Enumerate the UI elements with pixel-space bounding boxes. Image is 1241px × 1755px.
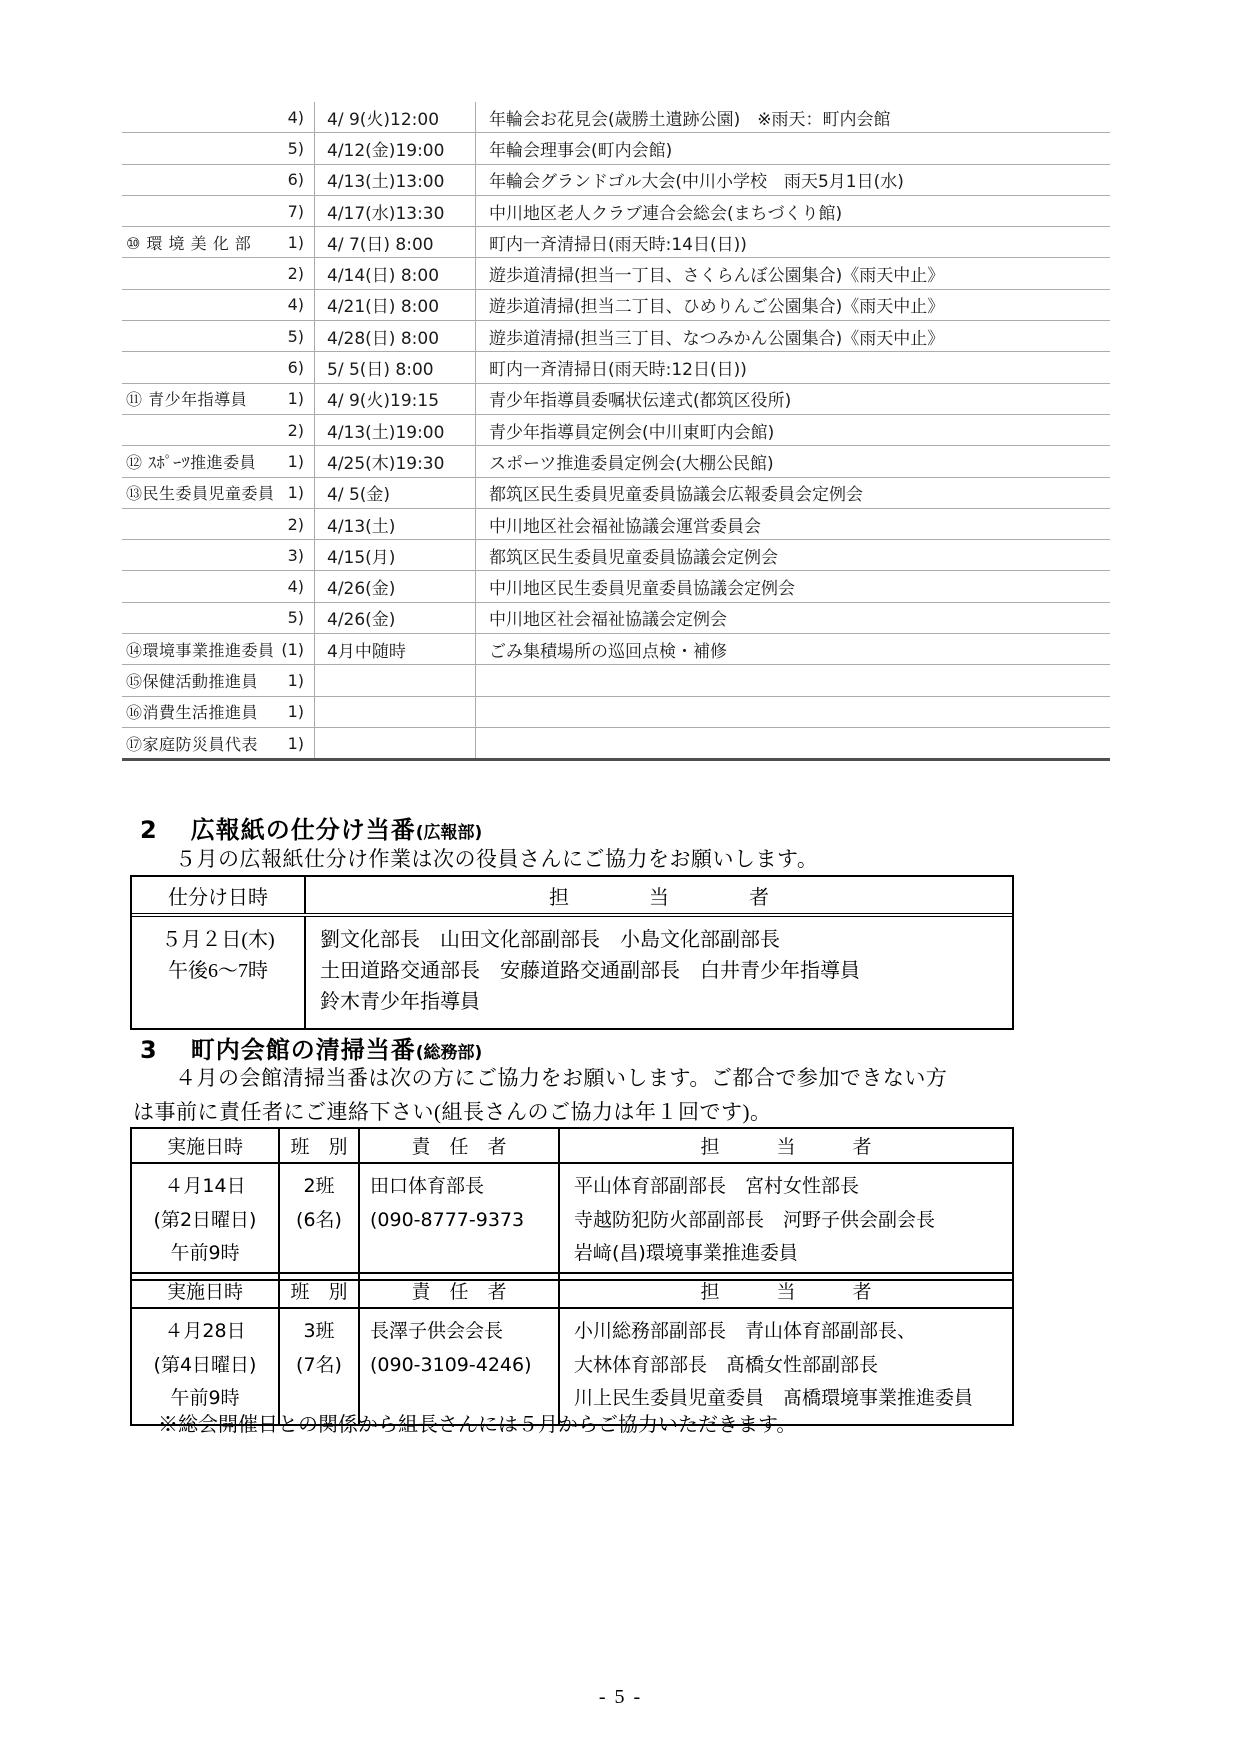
schedule-event-cell: 遊歩道清掃(担当一丁目、さくらんぼ公園集合)《雨天中止》 <box>476 258 1110 288</box>
schedule-row: 6)5/ 5(日) 8:00町内一斉清掃日(雨天時:12日(日)) <box>122 351 1110 382</box>
section3-title: 町内会館の清掃当番 <box>191 1036 416 1064</box>
schedule-committee-cell: ⑩ 環 境 美 化 部1) <box>122 227 314 257</box>
schedule-table: 4)4/ 9(火)12:00年輪会お花見会(歳勝土遺跡公園) ※雨天：町内会館5… <box>122 102 1110 761</box>
section2-intro: ５月の広報紙仕分け作業は次の役員さんにご協力をお願いします。 <box>175 843 818 873</box>
schedule-row: ⑯消費生活推進員1) <box>122 696 1110 727</box>
item-number: 1) <box>288 483 304 502</box>
schedule-date-cell: 4/ 9(火)12:00 <box>314 102 476 132</box>
section3-heading: 3町内会館の清掃当番(総務部) <box>140 1030 482 1065</box>
schedule-event-cell: 年輪会理事会(町内会館) <box>476 133 1110 163</box>
schedule-date-cell: 4/26(金) <box>314 603 476 633</box>
schedule-row: 5)4/26(金)中川地区社会福祉協議会定例会 <box>122 602 1110 633</box>
schedule-date-cell: 4/13(土)13:00 <box>314 165 476 195</box>
cleaning-staff-header: 担 当 者 <box>560 1274 1012 1307</box>
section2-title: 広報紙の仕分け当番 <box>191 816 416 844</box>
item-number: 2) <box>288 421 304 440</box>
schedule-committee-cell: 4) <box>122 290 314 320</box>
cleaning-group-cell: 2班 (6名) <box>280 1164 360 1279</box>
section3-intro-line2: は事前に責任者にご連絡下さい(組長さんのご協力は年１回です)。 <box>133 1096 771 1126</box>
committee-label: ⑯消費生活推進員 <box>126 700 258 723</box>
schedule-event-cell: 都筑区民生委員児童委員協議会定例会 <box>476 540 1110 570</box>
schedule-committee-cell: ⑫ ｽﾎﾟｰﾂ推進委員1) <box>122 446 314 476</box>
cleaning-date-cell: ４月28日 (第4日曜日) 午前9時 <box>132 1309 280 1424</box>
schedule-date-cell: 4/13(土) <box>314 509 476 539</box>
item-number: 2) <box>288 515 304 534</box>
schedule-event-cell: 青少年指導員委嘱状伝達式(都筑区役所) <box>476 384 1110 414</box>
schedule-date-cell: 4/17(水)13:30 <box>314 196 476 226</box>
schedule-committee-cell: 2) <box>122 258 314 288</box>
item-number: 1) <box>288 233 304 252</box>
schedule-event-cell: 青少年指導員定例会(中川東町内会館) <box>476 415 1110 445</box>
schedule-event-cell: 中川地区老人クラブ連合会総会(まちづくり館) <box>476 196 1110 226</box>
item-number: (1) <box>281 640 304 659</box>
item-number: 1) <box>288 734 304 753</box>
schedule-event-cell: 都筑区民生委員児童委員協議会広報委員会定例会 <box>476 478 1110 508</box>
schedule-date-cell: 5/ 5(日) 8:00 <box>314 352 476 382</box>
sorting-datetime-header: 仕分け日時 <box>132 877 306 913</box>
schedule-event-cell: 町内一斉清掃日(雨天時:14日(日)) <box>476 227 1110 257</box>
schedule-committee-cell: 6) <box>122 352 314 382</box>
schedule-committee-cell: ⑭環境事業推進委員(1) <box>122 634 314 664</box>
schedule-row: 5)4/12(金)19:00年輪会理事会(町内会館) <box>122 132 1110 163</box>
schedule-row: 5)4/28(日) 8:00遊歩道清掃(担当三丁目、なつみかん公園集合)《雨天中… <box>122 320 1110 351</box>
cleaning-leader-header: 責 任 者 <box>360 1129 560 1162</box>
committee-label: ⑩ 環 境 美 化 部 <box>126 231 251 254</box>
schedule-date-cell: 4/25(木)19:30 <box>314 446 476 476</box>
schedule-event-cell: スポーツ推進委員定例会(大棚公民館) <box>476 446 1110 476</box>
item-number: 1) <box>288 671 304 690</box>
schedule-date-cell: 4/26(金) <box>314 571 476 601</box>
schedule-committee-cell: 4) <box>122 571 314 601</box>
schedule-date-cell: 4/21(日) 8:00 <box>314 290 476 320</box>
cleaning-date-cell: ４月14日 (第2日曜日) 午前9時 <box>132 1164 280 1279</box>
cleaning-leader-header: 責 任 者 <box>360 1274 560 1307</box>
schedule-date-cell <box>314 728 476 758</box>
cleaning-staff-cell: 平山体育部副部長 宮村女性部長 寺越防犯防火部副部長 河野子供会副会長 岩﨑(昌… <box>560 1164 1012 1279</box>
schedule-row: 2)4/14(日) 8:00遊歩道清掃(担当一丁目、さくらんぼ公園集合)《雨天中… <box>122 257 1110 288</box>
schedule-committee-cell: 7) <box>122 196 314 226</box>
sorting-duty-header-row: 仕分け日時 担 当 者 <box>132 877 1012 917</box>
schedule-date-cell: 4/15(月) <box>314 540 476 570</box>
schedule-committee-cell: 5) <box>122 133 314 163</box>
schedule-committee-cell: 5) <box>122 603 314 633</box>
schedule-date-cell: 4/ 9(火)19:15 <box>314 384 476 414</box>
schedule-date-cell: 4/14(日) 8:00 <box>314 258 476 288</box>
schedule-committee-cell: ⑰家庭防災員代表1) <box>122 728 314 758</box>
schedule-date-cell: 4/28(日) 8:00 <box>314 321 476 351</box>
item-number: 1) <box>288 389 304 408</box>
cleaning-staff-header: 担 当 者 <box>560 1129 1012 1162</box>
schedule-row: 2)4/13(土)中川地区社会福祉協議会運営委員会 <box>122 508 1110 539</box>
cleaning-table2-data-row: ４月28日 (第4日曜日) 午前9時 3班 (7名) 長澤子供会会長 (090-… <box>132 1309 1012 1424</box>
schedule-date-cell: 4/12(金)19:00 <box>314 133 476 163</box>
sorting-duty-data-row: ５月２日(木) 午後6～7時 劉文化部長 山田文化部副部長 小島文化部副部長 土… <box>132 917 1012 1028</box>
schedule-row: ⑩ 環 境 美 化 部1)4/ 7(日) 8:00町内一斉清掃日(雨天時:14日… <box>122 226 1110 257</box>
schedule-committee-cell: 5) <box>122 321 314 351</box>
item-number: 6) <box>288 358 304 377</box>
schedule-date-cell <box>314 697 476 727</box>
schedule-row: ⑪ 青少年指導員1)4/ 9(火)19:15青少年指導員委嘱状伝達式(都筑区役所… <box>122 383 1110 414</box>
schedule-event-cell: 年輪会お花見会(歳勝土遺跡公園) ※雨天：町内会館 <box>476 102 1110 132</box>
schedule-row: ⑭環境事業推進委員(1)4月中随時ごみ集積場所の巡回点検・補修 <box>122 633 1110 664</box>
item-number: 4) <box>288 295 304 314</box>
committee-label: ⑫ ｽﾎﾟｰﾂ推進委員 <box>126 450 256 473</box>
cleaning-table1-data-row: ４月14日 (第2日曜日) 午前9時 2班 (6名) 田口体育部長 (090-8… <box>132 1164 1012 1279</box>
schedule-event-cell: 中川地区社会福祉協議会定例会 <box>476 603 1110 633</box>
item-number: 4) <box>288 577 304 596</box>
item-number: 6) <box>288 170 304 189</box>
sorting-staff-cell: 劉文化部長 山田文化部副部長 小島文化部副部長 土田道路交通部長 安藤道路交通副… <box>306 917 1012 1028</box>
schedule-committee-cell: ⑮保健活動推進員1) <box>122 665 314 695</box>
schedule-event-cell: ごみ集積場所の巡回点検・補修 <box>476 634 1110 664</box>
schedule-date-cell <box>314 665 476 695</box>
section3-number: 3 <box>140 1036 157 1064</box>
item-number: 5) <box>288 139 304 158</box>
schedule-event-cell: 遊歩道清掃(担当三丁目、なつみかん公園集合)《雨天中止》 <box>476 321 1110 351</box>
cleaning-table1-header-row: 実施日時 班 別 責 任 者 担 当 者 <box>132 1129 1012 1164</box>
cleaning-group-cell: 3班 (7名) <box>280 1309 360 1424</box>
item-number: 7) <box>288 202 304 221</box>
schedule-committee-cell: 2) <box>122 509 314 539</box>
item-number: 2) <box>288 264 304 283</box>
schedule-row: 7)4/17(水)13:30中川地区老人クラブ連合会総会(まちづくり館) <box>122 195 1110 226</box>
schedule-event-cell <box>476 697 1110 727</box>
schedule-row: 4)4/26(金)中川地区民生委員児童委員協議会定例会 <box>122 570 1110 601</box>
schedule-committee-cell: ⑯消費生活推進員1) <box>122 697 314 727</box>
schedule-committee-cell: 4) <box>122 102 314 132</box>
schedule-event-cell: 中川地区民生委員児童委員協議会定例会 <box>476 571 1110 601</box>
schedule-committee-cell: 2) <box>122 415 314 445</box>
cleaning-table2-header-row: 実施日時 班 別 責 任 者 担 当 者 <box>132 1274 1012 1309</box>
schedule-row: 2)4/13(土)19:00青少年指導員定例会(中川東町内会館) <box>122 414 1110 445</box>
item-number: 4) <box>288 108 304 127</box>
schedule-row: 4)4/21(日) 8:00遊歩道清掃(担当二丁目、ひめりんご公園集合)《雨天中… <box>122 289 1110 320</box>
section2-title-suffix: (広報部) <box>416 823 483 843</box>
sorting-datetime-cell: ５月２日(木) 午後6～7時 <box>132 917 306 1028</box>
schedule-date-cell: 4月中随時 <box>314 634 476 664</box>
schedule-row: ⑮保健活動推進員1) <box>122 664 1110 695</box>
schedule-date-cell: 4/13(土)19:00 <box>314 415 476 445</box>
schedule-date-cell: 4/ 5(金) <box>314 478 476 508</box>
schedule-event-cell: 町内一斉清掃日(雨天時:12日(日)) <box>476 352 1110 382</box>
section3-intro-line1: ４月の会館清掃当番は次の方にご協力をお願いします。ご都合で参加できない方 <box>175 1062 947 1092</box>
page-number: - 5 - <box>0 1686 1241 1709</box>
committee-label: ⑭環境事業推進委員 <box>126 638 275 661</box>
schedule-event-cell: 年輪会グランドゴル大会(中川小学校 雨天5月1日(水) <box>476 165 1110 195</box>
cleaning-leader-cell: 長澤子供会会長 (090-3109-4246) <box>360 1309 560 1424</box>
item-number: 5) <box>288 608 304 627</box>
cleaning-staff-cell: 小川総務部副部長 青山体育部副部長、 大林体育部部長 髙橋女性部副部長 川上民生… <box>560 1309 1012 1424</box>
schedule-committee-cell: 3) <box>122 540 314 570</box>
cleaning-date-header: 実施日時 <box>132 1129 280 1162</box>
schedule-event-cell <box>476 728 1110 758</box>
section3-title-suffix: (総務部) <box>416 1043 483 1063</box>
cleaning-duty-table-1: 実施日時 班 別 責 任 者 担 当 者 ４月14日 (第2日曜日) 午前9時 … <box>130 1127 1014 1281</box>
sorting-staff-header: 担 当 者 <box>306 877 1012 913</box>
committee-label: ⑬民生委員児童委員 <box>126 481 275 504</box>
schedule-event-cell: 遊歩道清掃(担当二丁目、ひめりんご公園集合)《雨天中止》 <box>476 290 1110 320</box>
cleaning-duty-table-2: 実施日時 班 別 責 任 者 担 当 者 ４月28日 (第4日曜日) 午前9時 … <box>130 1272 1014 1426</box>
schedule-committee-cell: ⑬民生委員児童委員1) <box>122 478 314 508</box>
schedule-committee-cell: 6) <box>122 165 314 195</box>
item-number: 1) <box>288 452 304 471</box>
section2-heading: 2広報紙の仕分け当番(広報部) <box>140 810 482 845</box>
cleaning-group-header: 班 別 <box>280 1274 360 1307</box>
schedule-row: 4)4/ 9(火)12:00年輪会お花見会(歳勝土遺跡公園) ※雨天：町内会館 <box>122 102 1110 132</box>
schedule-row: 3)4/15(月)都筑区民生委員児童委員協議会定例会 <box>122 539 1110 570</box>
cleaning-group-header: 班 別 <box>280 1129 360 1162</box>
schedule-row: ⑫ ｽﾎﾟｰﾂ推進委員1)4/25(木)19:30スポーツ推進委員定例会(大棚公… <box>122 445 1110 476</box>
cleaning-leader-cell: 田口体育部長 (090-8777-9373 <box>360 1164 560 1279</box>
section2-number: 2 <box>140 816 157 844</box>
schedule-row: ⑬民生委員児童委員1)4/ 5(金)都筑区民生委員児童委員協議会広報委員会定例会 <box>122 477 1110 508</box>
schedule-committee-cell: ⑪ 青少年指導員1) <box>122 384 314 414</box>
item-number: 3) <box>288 546 304 565</box>
committee-label: ⑮保健活動推進員 <box>126 669 258 692</box>
schedule-date-cell: 4/ 7(日) 8:00 <box>314 227 476 257</box>
schedule-event-cell: 中川地区社会福祉協議会運営委員会 <box>476 509 1110 539</box>
committee-label: ⑪ 青少年指導員 <box>126 387 247 410</box>
item-number: 1) <box>288 702 304 721</box>
section3-note: ※総会開催日との関係から組長さんには５月からご協力いただきます。 <box>158 1408 796 1437</box>
cleaning-date-header: 実施日時 <box>132 1274 280 1307</box>
schedule-event-cell <box>476 665 1110 695</box>
item-number: 5) <box>288 327 304 346</box>
sorting-duty-table: 仕分け日時 担 当 者 ５月２日(木) 午後6～7時 劉文化部長 山田文化部副部… <box>130 875 1014 1030</box>
schedule-row: 6)4/13(土)13:00年輪会グランドゴル大会(中川小学校 雨天5月1日(水… <box>122 164 1110 195</box>
schedule-row: ⑰家庭防災員代表1) <box>122 727 1110 758</box>
committee-label: ⑰家庭防災員代表 <box>126 732 258 755</box>
